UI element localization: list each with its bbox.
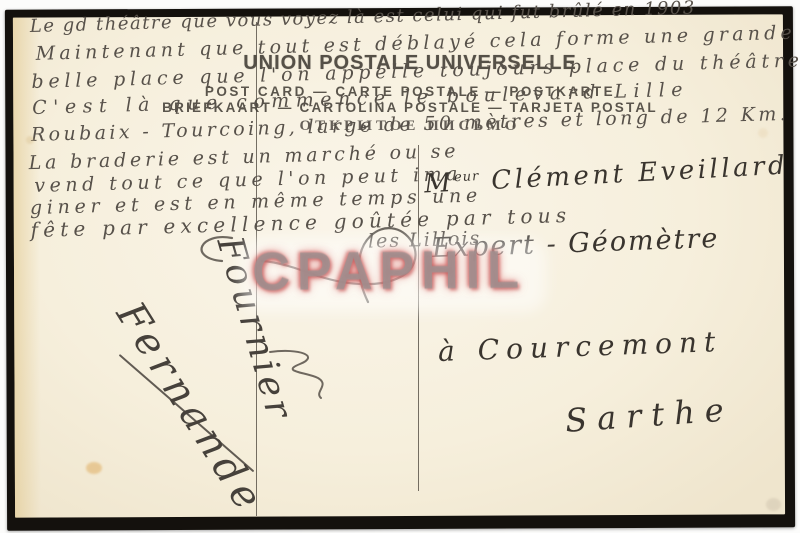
age-stain: [26, 136, 34, 144]
handwritten-message: Le gd théâtre que vous voyez là est celu…: [0, 0, 799, 1]
address-recipient: Meur Clément Eveillard: [423, 150, 788, 199]
address-town: à Courcemont: [438, 325, 723, 368]
watermark-text: CPAPHIL: [252, 241, 534, 301]
address-honorific: M: [423, 168, 455, 200]
age-stain: [86, 462, 102, 474]
age-stain: [758, 128, 768, 138]
age-stain: [766, 498, 781, 511]
address-honorific-superscript: eur: [454, 169, 480, 185]
postcard-content: UNION POSTALE UNIVERSELLE POST CARD — CA…: [0, 0, 800, 533]
address-recipient-name: Clément Eveillard: [479, 150, 789, 196]
address-department: Sarthe: [564, 390, 735, 440]
